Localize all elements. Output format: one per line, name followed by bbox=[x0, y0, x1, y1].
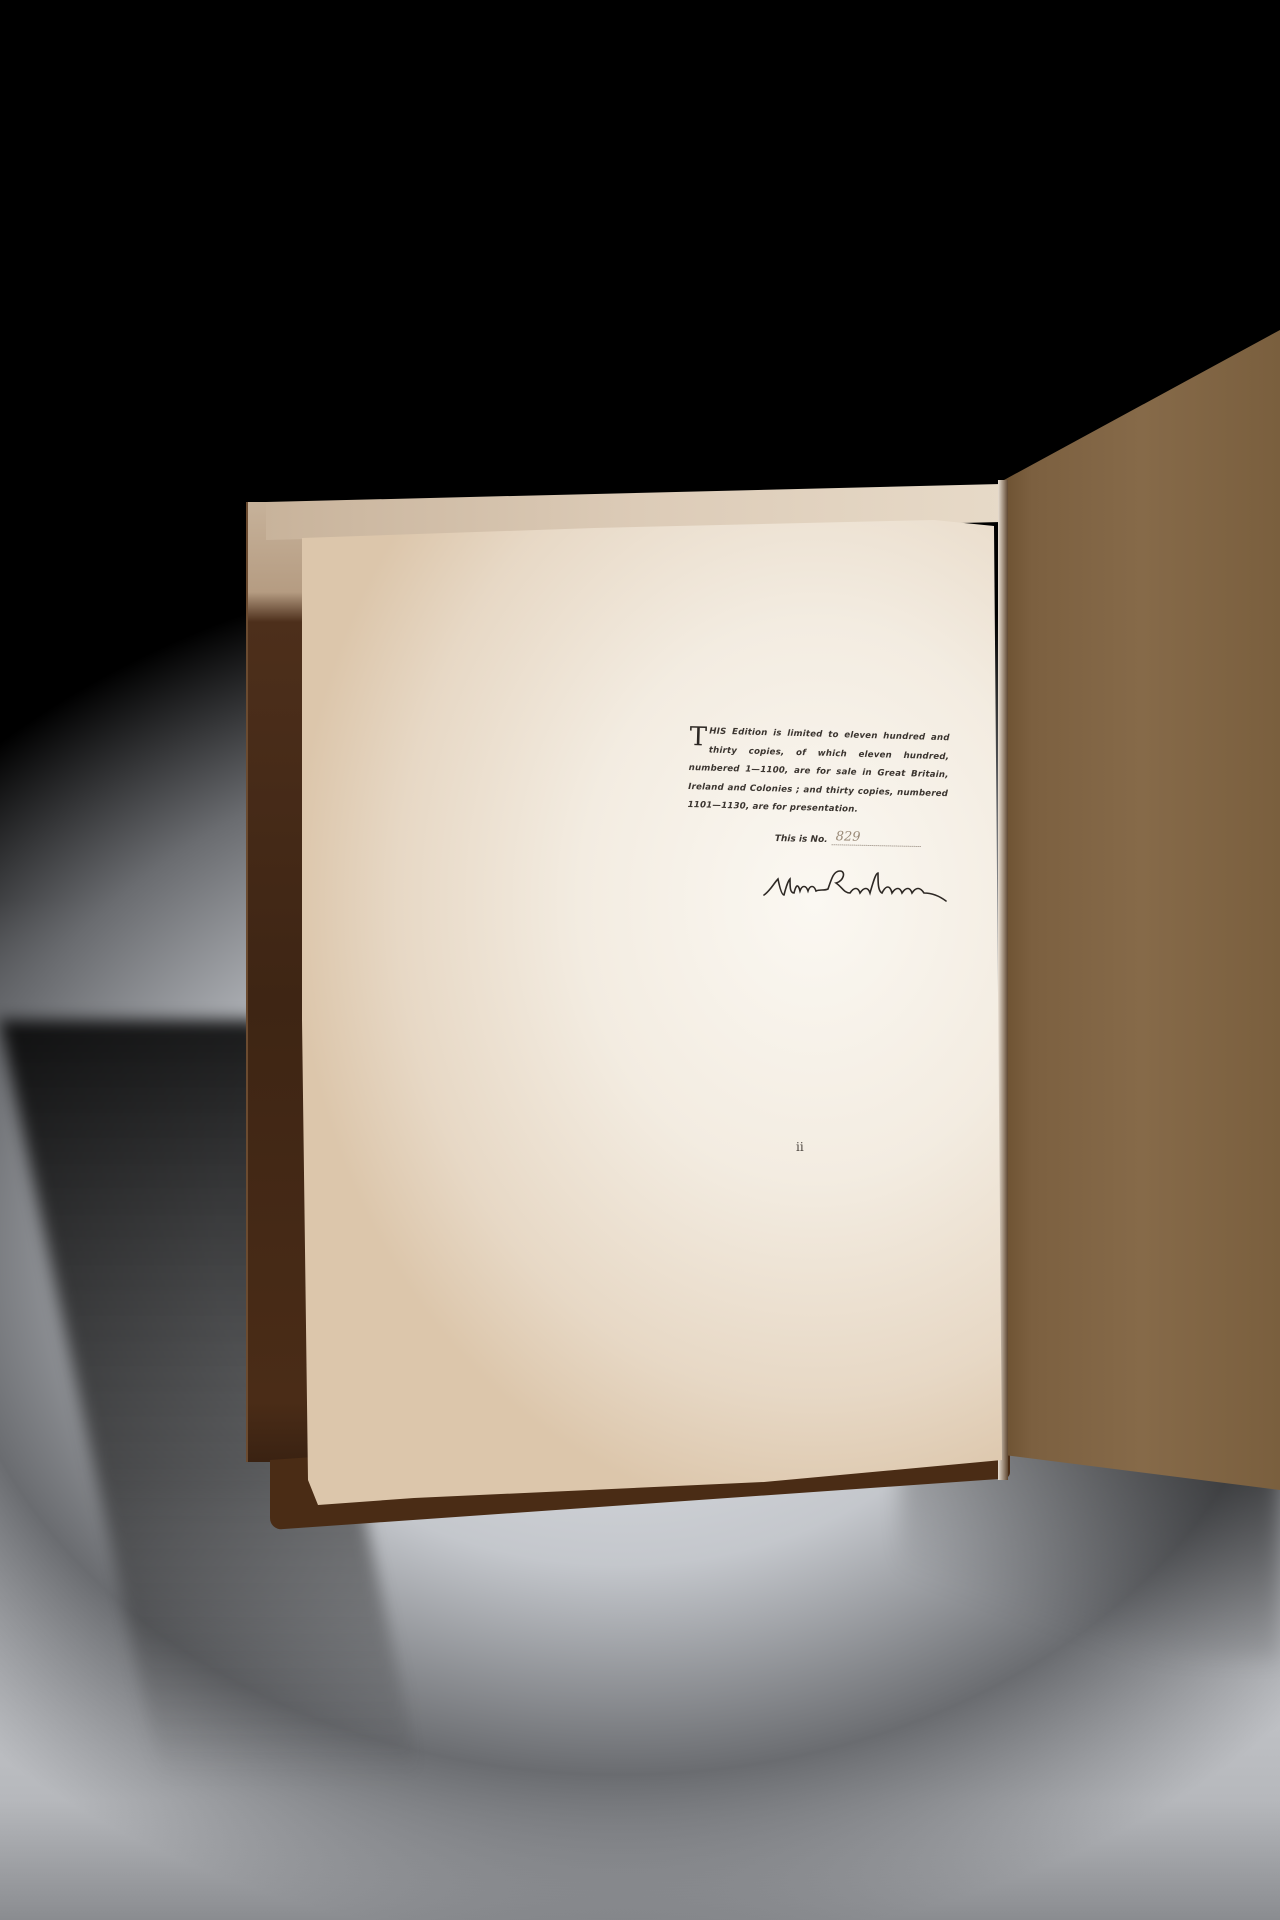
number-label: This is No. bbox=[775, 834, 828, 845]
edition-statement: THIS Edition is limited to eleven hundre… bbox=[687, 722, 949, 822]
drop-cap: T bbox=[689, 726, 707, 748]
endpaper-right bbox=[1004, 330, 1280, 1490]
copy-number-line: This is No. 829 bbox=[775, 828, 921, 847]
signature-arthur-rackham bbox=[760, 865, 950, 905]
edition-text: HIS Edition is limited to eleven hundred… bbox=[688, 727, 950, 815]
page-folio: ii bbox=[796, 1140, 804, 1154]
copy-number: 829 bbox=[831, 829, 920, 847]
limitation-page bbox=[294, 520, 1004, 1505]
